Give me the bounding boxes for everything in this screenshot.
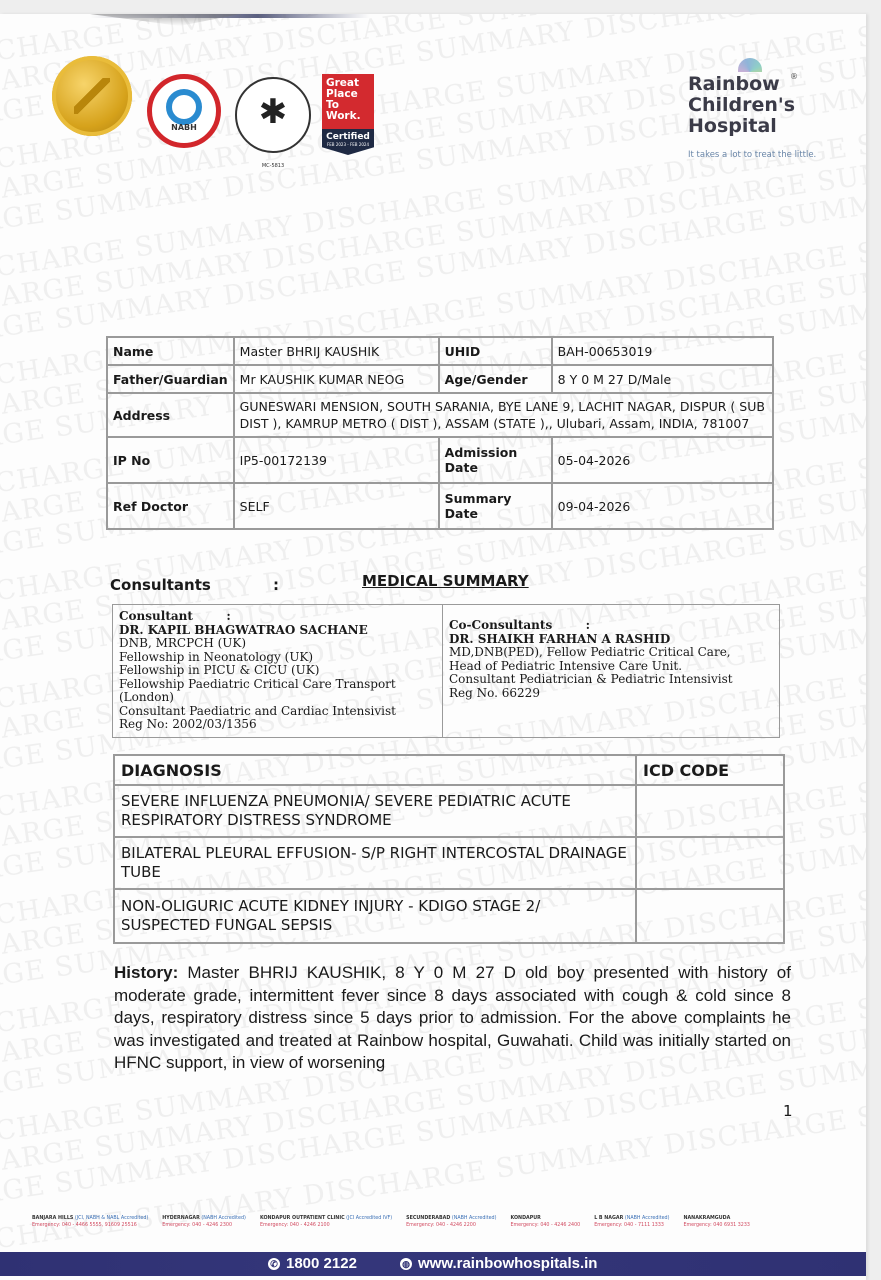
primary-consultant-line: Fellowship in PICU & CICU (UK) [119,664,436,678]
table-row: SEVERE INFLUENZA PNEUMONIA/ SEVERE PEDIA… [114,785,784,837]
table-row: Address GUNESWARI MENSION, SOUTH SARANIA… [107,393,773,437]
page-fold-shadow [90,14,240,26]
co-consultant-line: Reg No. 66229 [449,687,773,701]
phone-number: 1800 2122 [286,1255,357,1272]
age-gender-value: 8 Y 0 M 27 D/Male [552,365,773,393]
brand-line-1: Rainbow [688,74,795,95]
section-title: MEDICAL SUMMARY [362,572,529,590]
diagnosis-table: DIAGNOSIS ICD CODE SEVERE INFLUENZA PNEU… [113,754,785,944]
summary-date-value: 09-04-2026 [552,483,773,529]
history-paragraph: History: Master BHRIJ KAUSHIK, 8 Y 0 M 2… [114,962,791,1075]
branch-emergency: Emergency: 040 - 4246 2100 [260,1223,392,1228]
branch-emergency: Emergency: 040 - 4246 2400 [510,1223,580,1228]
history-text: Master BHRIJ KAUSHIK, 8 Y 0 M 27 D old b… [114,963,791,1072]
branch-emergency: Emergency: 040 - 4246 2300 [162,1223,246,1228]
uhid-label: UHID [439,337,552,365]
footer-branch: HYDERNAGAR (NABH Accredited)Emergency: 0… [162,1216,246,1228]
primary-consultant-line: DNB, MRCPCH (UK) [119,637,436,651]
website-url: www.rainbowhospitals.in [418,1255,597,1272]
icd-code-cell [636,889,784,943]
address-label: Address [107,393,234,437]
star-icon: ✱ [237,95,309,129]
name-label: Name [107,337,234,365]
co-consultant-name: DR. SHAIKH FARHAN A RASHID [449,633,773,647]
primary-consultant-cell: Consultant : DR. KAPIL BHAGWATRAO SACHAN… [113,605,443,738]
admission-date-value: 05-04-2026 [552,437,773,483]
patient-details-table: Name Master BHRIJ KAUSHIK UHID BAH-00653… [106,336,774,530]
gptw-certified: Certified FEB 2023 - FEB 2024 [322,129,374,155]
jci-arrow-icon [74,78,110,114]
branch-name: BANJARA HILLS [32,1216,73,1221]
page-number: 1 [783,1102,793,1120]
rainbow-logo-icon [738,58,762,72]
co-consultant-line: MD,DNB(PED), Fellow Pediatric Critical C… [449,646,773,660]
primary-consultant-line: Consultant Paediatric and Cardiac Intens… [119,705,436,719]
guardian-value: Mr KAUSHIK KUMAR NEOG [234,365,439,393]
primary-consultant-line: Fellowship in Neonatology (UK) [119,651,436,665]
nabh-ring-icon [166,89,202,125]
gptw-period: FEB 2023 - FEB 2024 [322,142,374,147]
table-row: NON-OLIGURIC ACUTE KIDNEY INJURY - KDIGO… [114,889,784,943]
branch-emergency: Emergency: 040 - 4466 5555, 91609 25516 [32,1223,148,1228]
icd-code-cell [636,837,784,889]
nabl-code: MC-5813 [237,163,309,169]
footer-branch: KONDAPUR OUTPATIENT CLINIC (JCI Accredit… [260,1216,392,1228]
footer-branch: SECUNDERABAD (NABH Accredited)Emergency:… [406,1216,496,1228]
globe-icon: ◍ [400,1258,412,1270]
icd-code-cell [636,785,784,837]
summary-date-label: Summary Date [439,483,552,529]
nabh-seal-logo: NABH [147,74,221,148]
branch-accreditation: (JCI Accredited IVF) [346,1216,392,1221]
history-label: History: [114,963,178,982]
branch-accreditation: (JCI, NABH & NABL Accredited) [75,1216,148,1221]
consultants-label: Consultants [110,576,211,594]
hospital-name: Rainbow Children's Hospital [688,74,795,137]
primary-consultant-line: Reg No: 2002/03/1356 [119,718,436,732]
branch-accreditation: (NABH Accredited) [625,1216,670,1221]
nabh-label: NABH [152,123,216,132]
primary-consultant-name: DR. KAPIL BHAGWATRAO SACHANE [119,624,436,638]
table-row: Consultant : DR. KAPIL BHAGWATRAO SACHAN… [113,605,780,738]
footer-branches: BANJARA HILLS (JCI, NABH & NABL Accredit… [32,1216,866,1228]
address-value: GUNESWARI MENSION, SOUTH SARANIA, BYE LA… [234,393,773,437]
ip-label: IP No [107,437,234,483]
patient-name: Master BHRIJ KAUSHIK [234,337,439,365]
branch-name: NANAKRAMGUDA [683,1216,730,1221]
ip-value: IP5-00172139 [234,437,439,483]
phone-icon: ✆ [268,1258,280,1270]
diagnosis-cell: BILATERAL PLEURAL EFFUSION- S/P RIGHT IN… [114,837,636,889]
co-consultant-line: Consultant Pediatrician & Pediatric Inte… [449,673,773,687]
great-place-to-work-badge: GreatPlaceToWork. Certified FEB 2023 - F… [322,74,374,162]
footer-website[interactable]: ◍www.rainbowhospitals.in [400,1255,597,1272]
nabl-seal-logo: ✱ MC-5813 [235,77,311,153]
diagnosis-cell: NON-OLIGURIC ACUTE KIDNEY INJURY - KDIGO… [114,889,636,943]
table-row: Ref Doctor SELF Summary Date 09-04-2026 [107,483,773,529]
branch-accreditation: (NABH Accredited) [452,1216,497,1221]
co-consultant-line: Head of Pediatric Intensive Care Unit. [449,660,773,674]
footer-branch: KONDAPUR Emergency: 040 - 4246 2400 [510,1216,580,1228]
uhid-value: BAH-00653019 [552,337,773,365]
watermark-line: DISCHARGE SUMMARY DISCHARGE SUMMARY DISC… [0,14,866,75]
consultants-colon: : [273,576,279,594]
table-row: Name Master BHRIJ KAUSHIK UHID BAH-00653… [107,337,773,365]
branch-name: HYDERNAGAR [162,1216,200,1221]
co-consultant-cell: Co-Consultants : DR. SHAIKH FARHAN A RAS… [443,605,780,738]
branch-emergency: Emergency: 040 6931 3233 [683,1223,749,1228]
age-gender-label: Age/Gender [439,365,552,393]
table-header-row: DIAGNOSIS ICD CODE [114,755,784,785]
brand-tagline: It takes a lot to treat the little. [688,150,816,160]
consultants-table: Consultant : DR. KAPIL BHAGWATRAO SACHAN… [112,604,780,738]
admission-date-label: Admission Date [439,437,552,483]
footer-branch: BANJARA HILLS (JCI, NABH & NABL Accredit… [32,1216,148,1228]
table-row: Father/Guardian Mr KAUSHIK KUMAR NEOG Ag… [107,365,773,393]
diagnosis-header: DIAGNOSIS [114,755,636,785]
watermark-line: DISCHARGE SUMMARY DISCHARGE SUMMARY DISC… [0,14,866,327]
footer-phone[interactable]: ✆1800 2122 [268,1255,357,1272]
gptw-title: GreatPlaceToWork. [322,74,374,129]
footer-branch: NANAKRAMGUDA Emergency: 040 6931 3233 [683,1216,749,1228]
primary-consultant-line: Fellowship Paediatric Critical Care Tran… [119,678,436,705]
co-consultant-heading: Co-Consultants : [449,619,773,633]
discharge-summary-page: DISCHARGE SUMMARY DISCHARGE SUMMARY DISC… [0,14,866,1280]
branch-name: L B NAGAR [594,1216,623,1221]
primary-consultant-heading: Consultant : [119,610,436,624]
ref-doctor-value: SELF [234,483,439,529]
branch-name: SECUNDERABAD [406,1216,450,1221]
diagnosis-cell: SEVERE INFLUENZA PNEUMONIA/ SEVERE PEDIA… [114,785,636,837]
table-row: IP No IP5-00172139 Admission Date 05-04-… [107,437,773,483]
jci-seal-logo [52,56,132,136]
branch-emergency: Emergency: 040 - 4246 2200 [406,1223,496,1228]
brand-line-2: Children's [688,95,795,116]
brand-line-3: Hospital [688,116,795,137]
registered-mark: ® [790,72,798,81]
branch-emergency: Emergency: 040 - 7111 1333 [594,1223,669,1228]
branch-name: KONDAPUR OUTPATIENT CLINIC [260,1216,345,1221]
ref-doctor-label: Ref Doctor [107,483,234,529]
footer-branch: L B NAGAR (NABH Accredited)Emergency: 04… [594,1216,669,1228]
guardian-label: Father/Guardian [107,365,234,393]
branch-accreditation: (NABH Accredited) [201,1216,246,1221]
gptw-certified-label: Certified [326,132,370,142]
table-row: BILATERAL PLEURAL EFFUSION- S/P RIGHT IN… [114,837,784,889]
footer-contact-bar: ✆1800 2122 ◍www.rainbowhospitals.in [0,1252,866,1276]
icd-code-header: ICD CODE [636,755,784,785]
branch-name: KONDAPUR [510,1216,540,1221]
